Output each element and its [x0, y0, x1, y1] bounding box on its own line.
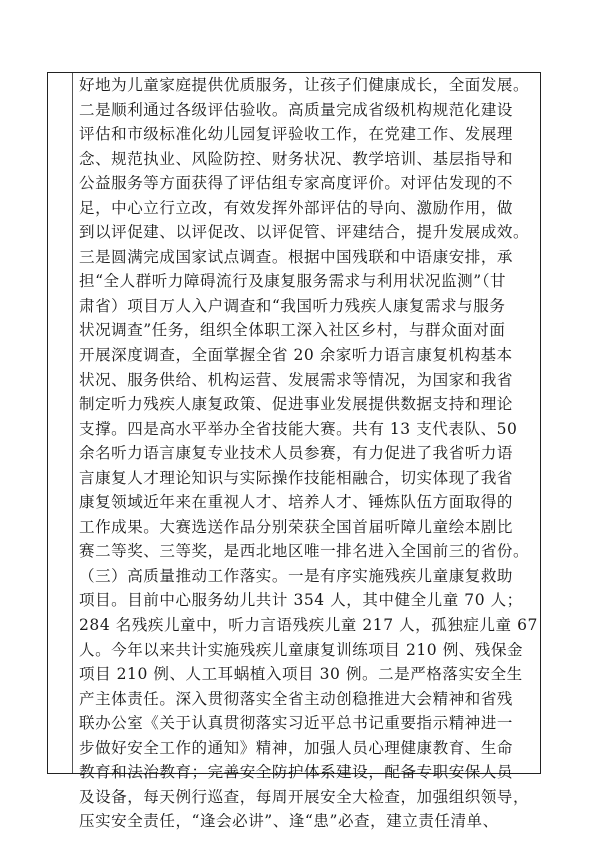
paragraph-line: 项目 210 例、人工耳蜗植入项目 30 例。二是严格落实安全生: [79, 662, 538, 687]
paragraph-line: 教育和法治教育；完善安全防护体系建设，配备专职安保人员: [79, 760, 538, 785]
paragraph-line: 产主体责任。深入贯彻落实全省主动创稳推进大会精神和省残: [79, 687, 538, 712]
paragraph-line: 步做好安全工作的通知》精神，加强人员心理健康教育、生命: [79, 736, 538, 761]
paragraph-line: 支撑。四是高水平举办全省技能大赛。共有 13 支代表队、50: [79, 417, 538, 442]
paragraph-line: 公益服务等方面获得了评估组专家高度评价。对评估发现的不: [79, 171, 538, 196]
paragraph-line: 担“全人群听力障碍流行及康复服务需求与利用状况监测”（甘: [79, 269, 538, 294]
paragraph-line: 状况、服务供给、机构运营、发展需求等情况，为国家和我省: [79, 368, 538, 393]
table-left-cell: [48, 73, 73, 773]
paragraph-line: 肃省）项目万人入户调查和“我国听力残疾人康复需求与服务: [79, 294, 538, 319]
paragraph-line: 人。今年以来共计实施残疾儿童康复训练项目 210 例、残保金: [79, 638, 538, 663]
paragraph-line: 评估和市级标准化幼儿园复评验收工作，在党建工作、发展理: [79, 122, 538, 147]
paragraph-line: 状况调查”任务，组织全体职工深入社区乡村，与群众面对面: [79, 318, 538, 343]
paragraph-line: 言康复人才理论知识与实际操作技能相融合，切实体现了我省: [79, 466, 538, 491]
paragraph-line: 三是圆满完成国家试点调查。根据中国残联和中语康安排，承: [79, 245, 538, 270]
document-table: 好地为儿童家庭提供优质服务，让孩子们健康成长，全面发展。二是顺利通过各级评估验收…: [47, 72, 541, 774]
paragraph-line: 好地为儿童家庭提供优质服务，让孩子们健康成长，全面发展。: [79, 73, 538, 98]
paragraph-line: （三）高质量推动工作落实。一是有序实施残疾儿童康复救助: [79, 564, 538, 589]
paragraph-line: 余名听力语言康复专业技术人员参赛，有力促进了我省听力语: [79, 441, 538, 466]
table-right-cell: 好地为儿童家庭提供优质服务，让孩子们健康成长，全面发展。二是顺利通过各级评估验收…: [73, 73, 540, 773]
paragraph-line: 联办公室《关于认真贯彻落实习近平总书记重要指示精神进一: [79, 711, 538, 736]
paragraph-line: 到以评促建、以评促改、以评促管、评建结合，提升发展成效。: [79, 220, 538, 245]
paragraph-line: 康复领域近年来在重视人才、培养人才、锤炼队伍方面取得的: [79, 490, 538, 515]
paragraph-line: 工作成果。大赛选送作品分别荣获全国首届听障儿童绘本剧比: [79, 515, 538, 540]
paragraph-line: 项目。目前中心服务幼儿共计 354 人，其中健全儿童 70 人；: [79, 588, 538, 613]
paragraph-line: 二是顺利通过各级评估验收。高质量完成省级机构规范化建设: [79, 98, 538, 123]
paragraph-line: 赛二等奖、三等奖，是西北地区唯一排名进入全国前三的省份。: [79, 539, 538, 564]
paragraph-line: 开展深度调查，全面掌握全省 20 余家听力语言康复机构基本: [79, 343, 538, 368]
paragraph-line: 压实安全责任，“逢会必讲”、逢“患”必查，建立责任清单、: [79, 809, 538, 834]
paragraph-line: 足，中心立行立改，有效发挥外部评估的导向、激励作用，做: [79, 196, 538, 221]
paragraph-line: 284 名残疾儿童中，听力言语残疾儿童 217 人，孤独症儿童 67: [79, 613, 538, 638]
paragraph-line: 念、规范执业、风险防控、财务状况、教学培训、基层指导和: [79, 147, 538, 172]
paragraph-line: 及设备，每天例行巡查，每周开展安全大检查，加强组织领导，: [79, 785, 538, 810]
paragraph-line: 制定听力残疾人康复政策、促进事业发展提供数据支持和理论: [79, 392, 538, 417]
